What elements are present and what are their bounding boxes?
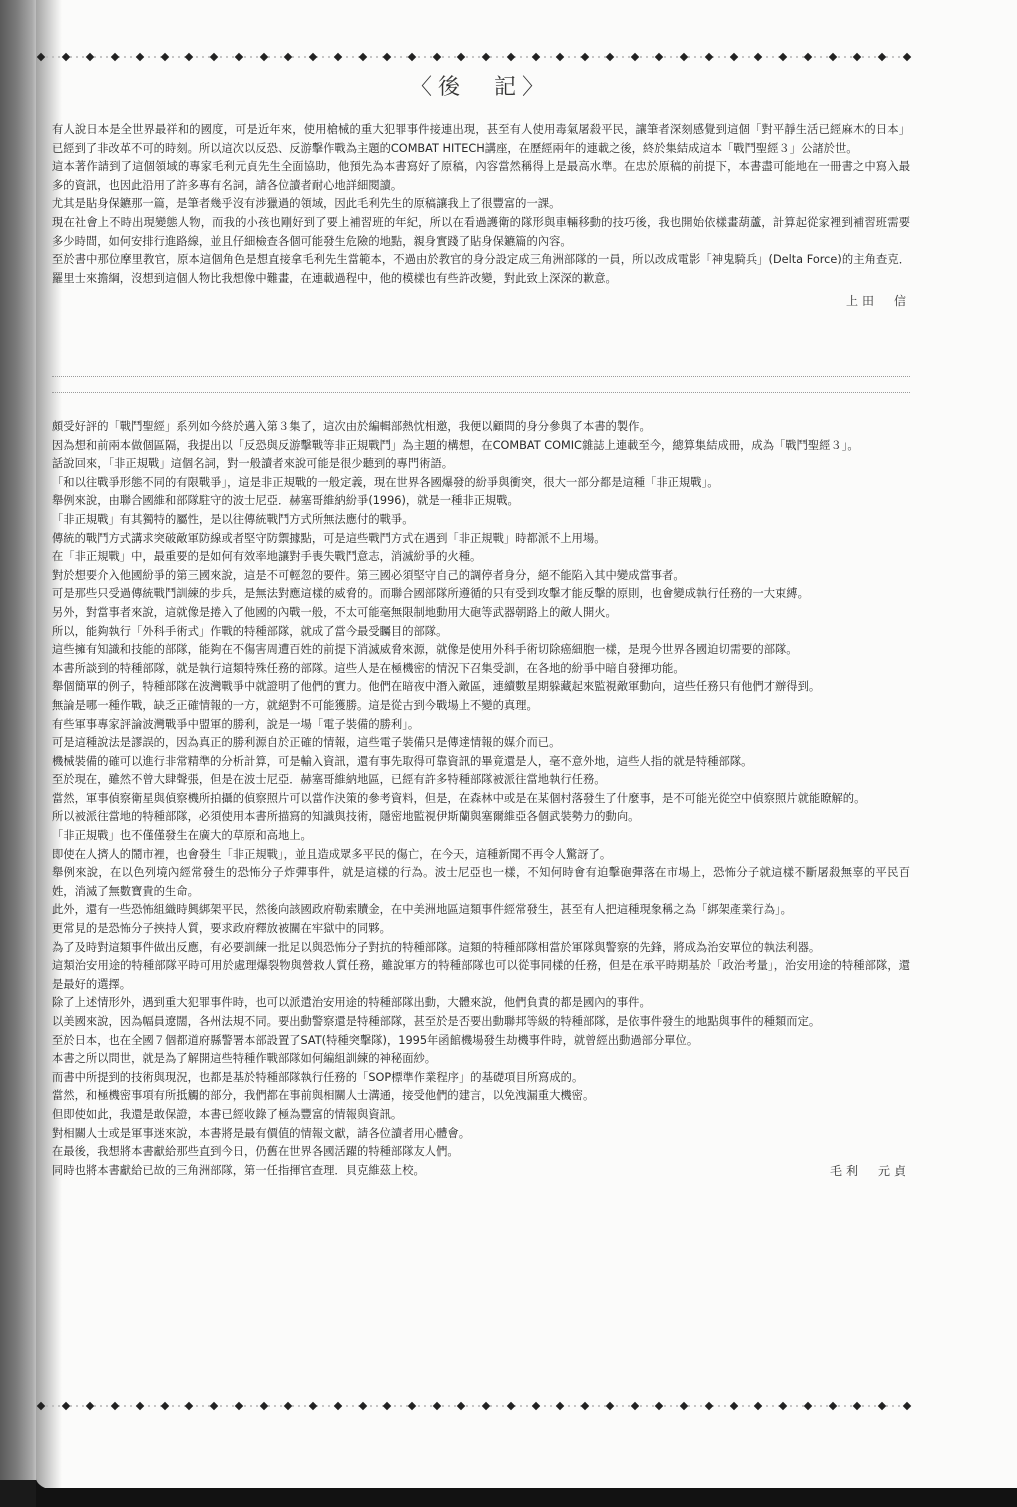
diamond-icon xyxy=(61,53,69,61)
diamond-icon xyxy=(507,1402,515,1410)
diamond-icon xyxy=(37,1402,45,1410)
author-signature: 上田 信 xyxy=(52,292,910,311)
diamond-icon xyxy=(655,53,663,61)
bottom-ornament-border xyxy=(38,1400,910,1412)
paragraph: 除了上述情形外，遇到重大犯罪事件時，也可以派遣治安用途的特種部隊出動，大體來說，… xyxy=(52,994,910,1013)
diamond-icon xyxy=(902,53,910,61)
diamond-icon xyxy=(482,1402,490,1410)
diamond-icon xyxy=(309,1402,317,1410)
paragraph: 舉例來說，由聯合國維和部隊駐守的波士尼亞．赫塞哥維納紛爭(1996)，就是一種非… xyxy=(52,492,910,511)
top-ornament-border xyxy=(38,51,910,63)
diamond-icon xyxy=(210,1402,218,1410)
diamond-icon xyxy=(185,1402,193,1410)
paragraph: 當然，和極機密事項有所抵觸的部分，我們都在事前與相關人士溝通，接受他們的建言，以… xyxy=(52,1087,910,1106)
paragraph: 對於想要介入他國紛爭的第三國來說，這是不可輕忽的要件。第三國必須堅守自己的調停者… xyxy=(52,567,910,586)
diamond-icon xyxy=(136,53,144,61)
diamond-icon xyxy=(556,1402,564,1410)
diamond-icon xyxy=(729,53,737,61)
paragraph: 在最後，我想將本書獻給那些直到今日，仍舊在世界各國活躍的特種部隊友人們。 xyxy=(52,1143,910,1162)
diamond-icon xyxy=(309,53,317,61)
diamond-icon xyxy=(383,53,391,61)
diamond-icon xyxy=(235,1402,243,1410)
diamond-icon xyxy=(210,53,218,61)
diamond-icon xyxy=(111,1402,119,1410)
diamond-icon xyxy=(705,53,713,61)
diamond-icon xyxy=(853,53,861,61)
paragraph: 以美國來說，因為幅員遼闊，各州法規不同。要出動警察還是特種部隊，甚至於是否要出動… xyxy=(52,1013,910,1032)
diamond-icon xyxy=(630,53,638,61)
paragraph: 可是那些只受過傳統戰鬥訓練的步兵，是無法對應這樣的威脅的。而聯合國部隊所遵循的只… xyxy=(52,585,910,604)
paragraph: 傳統的戰鬥方式講求突破敵軍防線或者堅守防禦據點，可是這些戰鬥方式在遇到「非正規戰… xyxy=(52,530,910,549)
diamond-icon xyxy=(630,1402,638,1410)
paragraph: 這類治安用途的特種部隊平時可用於處理爆裂物與營救人質任務，雖說軍方的特種部隊也可… xyxy=(52,957,910,994)
diamond-icon xyxy=(680,1402,688,1410)
diamond-icon xyxy=(804,1402,812,1410)
paragraph: 更常見的是恐怖分子挾持人質，要求政府釋放被關在牢獄中的同夥。 xyxy=(52,920,910,939)
paragraph: 機械裝備的確可以進行非常精準的分析計算，可是輸入資訊，還有事先取得可靠資訊的畢竟… xyxy=(52,753,910,772)
diamond-icon xyxy=(86,1402,94,1410)
diamond-icon xyxy=(284,1402,292,1410)
diamond-icon xyxy=(235,53,243,61)
diamond-icon xyxy=(655,1402,663,1410)
paragraph: 「和以往戰爭形態不同的有限戰爭」，這是非正規戰的一般定義，現在世界各國爆發的紛爭… xyxy=(52,474,910,493)
paragraph: 話說回來，「非正規戰」這個名詞，對一般讀者來說可能是很少聽到的專門術語。 xyxy=(52,455,910,474)
paragraph: 「非正規戰」也不僅僅發生在廣大的草原和高地上。 xyxy=(52,827,910,846)
paragraph: 至於書中那位摩里教官，原本這個角色是想直接拿毛利先生當範本，不過由於教官的身分設… xyxy=(52,251,910,288)
paragraph: 當然，軍事偵察衛星與偵察機所拍攝的偵察照片可以當作決策的參考資料，但是，在森林中… xyxy=(52,790,910,809)
diamond-icon xyxy=(61,1402,69,1410)
diamond-icon xyxy=(507,53,515,61)
diamond-icon xyxy=(754,53,762,61)
diamond-icon xyxy=(383,1402,391,1410)
diamond-icon xyxy=(581,1402,589,1410)
paragraph: 至於現在，雖然不曾大肆聲張，但是在波士尼亞．赫塞哥維納地區，已經有許多特種部隊被… xyxy=(52,771,910,790)
paragraph: 無論是哪一種作戰，缺乏正確情報的一方，就絕對不可能獲勝。這是從古到今戰場上不變的… xyxy=(52,697,910,716)
diamond-icon xyxy=(606,1402,614,1410)
diamond-icon xyxy=(581,53,589,61)
diamond-icon xyxy=(729,1402,737,1410)
diamond-icon xyxy=(705,1402,713,1410)
paragraph: 此外，還有一些恐怖組織時興綁架平民，然後向該國政府勒索贖金，在中美洲地區這類事件… xyxy=(52,901,910,920)
diamond-icon xyxy=(259,1402,267,1410)
diamond-icon xyxy=(878,53,886,61)
paragraph: 「非正規戰」有其獨特的屬性，是以往傳統戰鬥方式所無法應付的戰爭。 xyxy=(52,511,910,530)
diamond-icon xyxy=(853,1402,861,1410)
diamond-icon xyxy=(754,1402,762,1410)
diamond-icon xyxy=(334,53,342,61)
afterword-section-2: 頗受好評的「戰鬥聖經」系列如今終於邁入第３集了，這次由於編輯部熱忱相邀，我便以顧… xyxy=(52,418,910,1181)
paragraph: 有人說日本是全世界最祥和的國度，可是近年來，使用槍械的重大犯罪事件接連出現，甚至… xyxy=(52,121,910,158)
diamond-icon xyxy=(828,1402,836,1410)
paragraph: 這些擁有知識和技能的部隊，能夠在不傷害周遭百姓的前提下消滅威脅來源，就像是使用外… xyxy=(52,641,910,660)
paragraph: 舉個簡單的例子，特種部隊在波灣戰爭中就證明了他們的實力。他們在暗夜中潛入敵區，連… xyxy=(52,678,910,697)
paragraph: 可是這種說法是謬誤的，因為真正的勝利源自於正確的情報，這些電子裝備只是傳達情報的… xyxy=(52,734,910,753)
diamond-icon xyxy=(680,53,688,61)
diamond-icon xyxy=(111,53,119,61)
page-edge-shadow xyxy=(36,1488,1017,1507)
book-spine xyxy=(0,0,40,1480)
diamond-icon xyxy=(358,1402,366,1410)
diamond-icon xyxy=(779,53,787,61)
diamond-icon xyxy=(902,1402,910,1410)
diamond-icon xyxy=(408,1402,416,1410)
diamond-icon xyxy=(556,53,564,61)
paragraph: 舉例來說，在以色列境內經常發生的恐怖分子炸彈事件，就是這樣的行為。波士尼亞也一樣… xyxy=(52,864,910,901)
diamond-icon xyxy=(433,1402,441,1410)
paragraph: 另外，對當事者來說，這就像是捲入了他國的內戰一般，不太可能毫無限制地動用大砲等武… xyxy=(52,604,910,623)
diamond-icon xyxy=(160,53,168,61)
diamond-icon xyxy=(606,53,614,61)
diamond-icon xyxy=(457,53,465,61)
diamond-icon xyxy=(136,1402,144,1410)
paragraph: 現在社會上不時出現變態人物，而我的小孩也剛好到了要上補習班的年紀，所以在看過護衛… xyxy=(52,214,910,251)
paragraph: 本書之所以問世，就是為了解開這些特種作戰部隊如何編組訓練的神秘面紗。 xyxy=(52,1050,910,1069)
diamond-icon xyxy=(334,1402,342,1410)
afterword-section-1: 有人說日本是全世界最祥和的國度，可是近年來，使用槍械的重大犯罪事件接連出現，甚至… xyxy=(52,121,910,311)
paragraph: 有些軍事專家評論波灣戰爭中盟軍的勝利，說是一場「電子裝備的勝利」。 xyxy=(52,716,910,735)
dotted-divider xyxy=(52,392,910,393)
diamond-icon xyxy=(86,53,94,61)
dotted-divider xyxy=(52,376,910,377)
paragraph: 頗受好評的「戰鬥聖經」系列如今終於邁入第３集了，這次由於編輯部熱忱相邀，我便以顧… xyxy=(52,418,910,437)
diamond-icon xyxy=(284,53,292,61)
paragraph: 這本著作請到了這個領域的專家毛利元貞先生全面協助，他預先為本書寫好了原稿，內容當… xyxy=(52,158,910,195)
paragraph: 在「非正規戰」中，最重要的是如何有效率地讓對手喪失戰鬥意志，消滅紛爭的火種。 xyxy=(52,548,910,567)
diamond-icon xyxy=(408,53,416,61)
paragraph: 但即使如此，我還是敢保證，本書已經收錄了極為豐富的情報與資訊。 xyxy=(52,1106,910,1125)
paragraph: 因為想和前兩本做個區隔，我提出以「反恐與反游擊戰等非正規戰鬥」為主題的構想，在C… xyxy=(52,437,910,456)
paragraph: 尤其是貼身保鑣那一篇，是筆者幾乎沒有涉獵過的領域，因此毛利先生的原稿讓我上了很豐… xyxy=(52,195,910,214)
paragraph: 對相關人士或是軍事迷來說，本書將是最有價值的情報文獻，請各位讀者用心體會。 xyxy=(52,1125,910,1144)
paragraph: 所以被派往當地的特種部隊，必須使用本書所描寫的知識與技術，隱密地監視伊斯蘭與塞爾… xyxy=(52,808,910,827)
diamond-icon xyxy=(531,53,539,61)
diamond-icon xyxy=(482,53,490,61)
diamond-icon xyxy=(457,1402,465,1410)
diamond-icon xyxy=(878,1402,886,1410)
diamond-icon xyxy=(433,53,441,61)
diamond-icon xyxy=(160,1402,168,1410)
diamond-icon xyxy=(779,1402,787,1410)
diamond-icon xyxy=(828,53,836,61)
diamond-icon xyxy=(358,53,366,61)
paragraph: 即使在人擠人的鬧市裡，也會發生「非正規戰」，並且造成眾多平民的傷亡，在今天，這種… xyxy=(52,846,910,865)
paragraph: 而書中所提到的技術與現況，也都是基於特種部隊執行任務的「SOP標準作業程序」的基… xyxy=(52,1069,910,1088)
diamond-icon xyxy=(37,53,45,61)
page-title: 〈後 記〉 xyxy=(0,70,960,101)
paragraph: 本書所談到的特種部隊，就是執行這類特殊任務的部隊。這些人是在極機密的情況下召集受… xyxy=(52,660,910,679)
paragraph: 為了及時對這類事件做出反應，有必要訓練一批足以與恐怖分子對抗的特種部隊。這類的特… xyxy=(52,939,910,958)
diamond-icon xyxy=(259,53,267,61)
diamond-icon xyxy=(531,1402,539,1410)
diamond-icon xyxy=(185,53,193,61)
diamond-icon xyxy=(804,53,812,61)
paragraph: 至於日本，也在全國７個都道府縣警署本部設置了SAT(特種突擊隊)，1995年函館… xyxy=(52,1032,910,1051)
paragraph: 所以，能夠執行「外科手術式」作戰的特種部隊，就成了當今最受矚目的部隊。 xyxy=(52,623,910,642)
